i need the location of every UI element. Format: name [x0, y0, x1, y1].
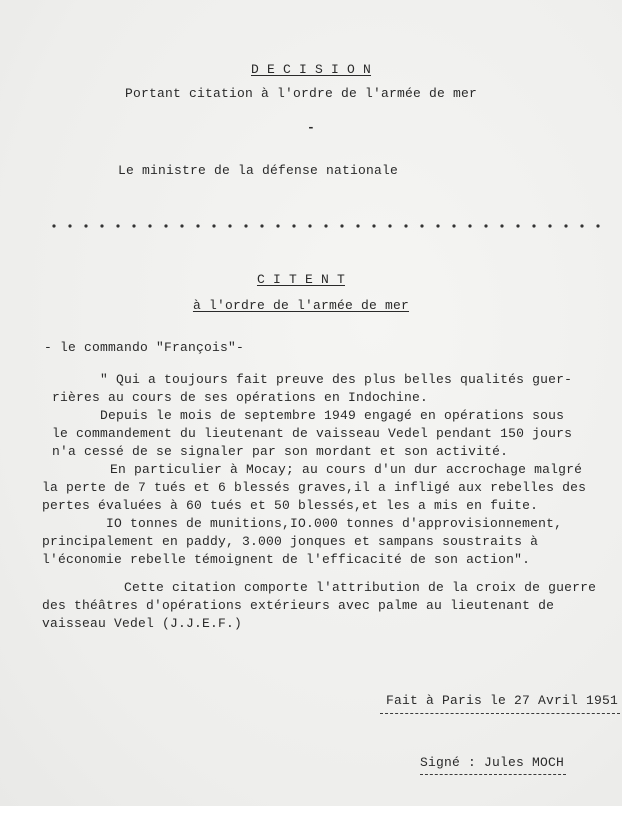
signature: Signé : Jules MOCH	[420, 755, 564, 770]
body-line-6: En particulier à Mocay; au cours d'un du…	[110, 462, 582, 477]
body-line-3: Depuis le mois de septembre 1949 engagé …	[100, 408, 564, 423]
award-line-2: des théâtres d'opérations extérieurs ave…	[42, 598, 554, 613]
award-line-1: Cette citation comporte l'attribution de…	[124, 580, 596, 595]
cite-heading: C I T E N T	[0, 272, 612, 287]
document-title: D E C I S I O N	[0, 62, 622, 77]
separator-dash: -	[0, 120, 622, 135]
body-line-8: pertes évaluées à 60 tués et 50 blessés,…	[42, 498, 538, 513]
body-line-9: IO tonnes de munitions,IO.000 tonnes d'a…	[106, 516, 562, 531]
unit-name: - le commando "François"-	[44, 340, 244, 355]
dotted-separator	[50, 222, 610, 230]
body-line-2: rières au cours de ses opérations en Ind…	[52, 390, 428, 405]
minister-line: Le ministre de la défense nationale	[118, 163, 398, 178]
body-line-4: le commandement du lieutenant de vaissea…	[52, 426, 572, 441]
place-date: Fait à Paris le 27 Avril 1951	[386, 693, 618, 708]
place-date-underline	[380, 713, 620, 715]
signature-underline	[420, 774, 566, 776]
document-page: D E C I S I O N Portant citation à l'ord…	[0, 0, 622, 806]
award-line-3: vaisseau Vedel (J.J.E.F.)	[42, 616, 242, 631]
document-subtitle: Portant citation à l'ordre de l'armée de…	[0, 86, 612, 101]
body-line-7: la perte de 7 tués et 6 blessés graves,i…	[42, 480, 586, 495]
body-line-5: n'a cessé de se signaler par son mordant…	[52, 444, 508, 459]
body-line-1: " Qui a toujours fait preuve des plus be…	[100, 372, 572, 387]
body-line-10: principalement en paddy, 3.000 jonques e…	[42, 534, 538, 549]
body-line-11: l'économie rebelle témoignent de l'effic…	[42, 552, 530, 567]
cite-subheading: à l'ordre de l'armée de mer	[0, 298, 612, 313]
